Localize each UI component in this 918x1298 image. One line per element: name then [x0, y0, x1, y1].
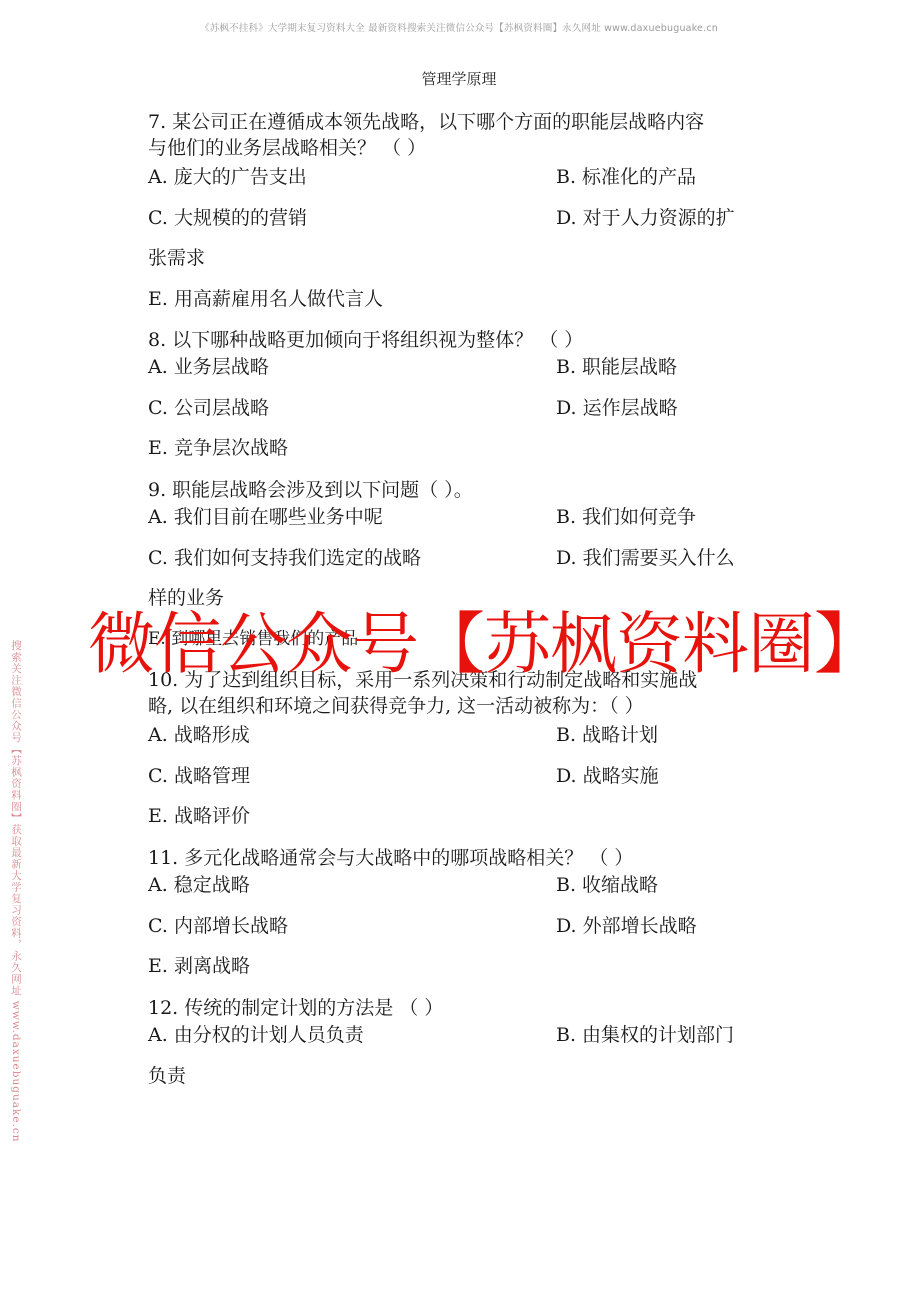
option-a: A. 稳定战略	[148, 873, 250, 897]
option-d: D. 战略实施	[556, 764, 659, 788]
option-c: C. 大规模的的营销	[148, 206, 307, 230]
question-text: 7. 某公司正在遵循成本领先战略，以下哪个方面的职能层战略内容	[148, 110, 704, 134]
option-b: B. 由集权的计划部门	[556, 1023, 734, 1047]
option-e: E. 战略评价	[148, 804, 250, 828]
option-a: A. 由分权的计划人员负责	[148, 1023, 364, 1047]
option-d-continued: 张需求	[148, 246, 205, 270]
option-b: B. 标准化的产品	[556, 165, 696, 189]
option-c: C. 公司层战略	[148, 396, 269, 420]
option-b: B. 战略计划	[556, 723, 658, 747]
question-text: 与他们的业务层战略相关？ （ ）	[148, 136, 426, 160]
option-c: C. 我们如何支持我们选定的战略	[148, 546, 421, 570]
option-d: D. 运作层战略	[556, 396, 678, 420]
question-text: 8. 以下哪种战略更加倾向于将组织视为整体？ （ ）	[148, 328, 583, 352]
option-a: A. 战略形成	[148, 723, 250, 747]
option-a: A. 我们目前在哪些业务中呢	[148, 505, 383, 529]
option-b: B. 收缩战略	[556, 873, 658, 897]
question-text: 12. 传统的制定计划的方法是 （ ）	[148, 996, 443, 1020]
option-e: E. 剥离战略	[148, 954, 250, 978]
question-text: 略, 以在组织和环境之间获得竞争力, 这一活动被称为：（ ）	[148, 694, 644, 718]
option-b: B. 职能层战略	[556, 355, 677, 379]
option-b-continued: 负责	[148, 1064, 186, 1088]
option-d: D. 我们需要买入什么	[556, 546, 735, 570]
option-b: B. 我们如何竞争	[556, 505, 696, 529]
side-watermark: 搜索关注微信公众号【苏枫资料圈】获取最新大学复习资料，永久网址 www.daxu…	[6, 640, 24, 1143]
option-e: E. 用高薪雇用名人做代言人	[148, 287, 383, 311]
option-d: D. 外部增长战略	[556, 914, 697, 938]
option-e: E. 竞争层次战略	[148, 436, 288, 460]
document-title: 管理学原理	[0, 68, 918, 89]
option-c: C. 战略管理	[148, 764, 250, 788]
option-a: A. 业务层战略	[148, 355, 269, 379]
overlay-watermark: 微信公众号【苏枫资料圈】	[88, 604, 880, 684]
option-d: D. 对于人力资源的扩	[556, 206, 735, 230]
question-text: 11. 多元化战略通常会与大战略中的哪项战略相关？ （ ）	[148, 846, 633, 870]
site-banner: 《苏枫不挂科》大学期末复习资料大全 最新资料搜索关注微信公众号【苏枫资料圈】永久…	[0, 20, 918, 34]
question-text: 9. 职能层战略会涉及到以下问题（ ）。	[148, 478, 473, 502]
option-a: A. 庞大的广告支出	[148, 165, 307, 189]
option-c: C. 内部增长战略	[148, 914, 288, 938]
